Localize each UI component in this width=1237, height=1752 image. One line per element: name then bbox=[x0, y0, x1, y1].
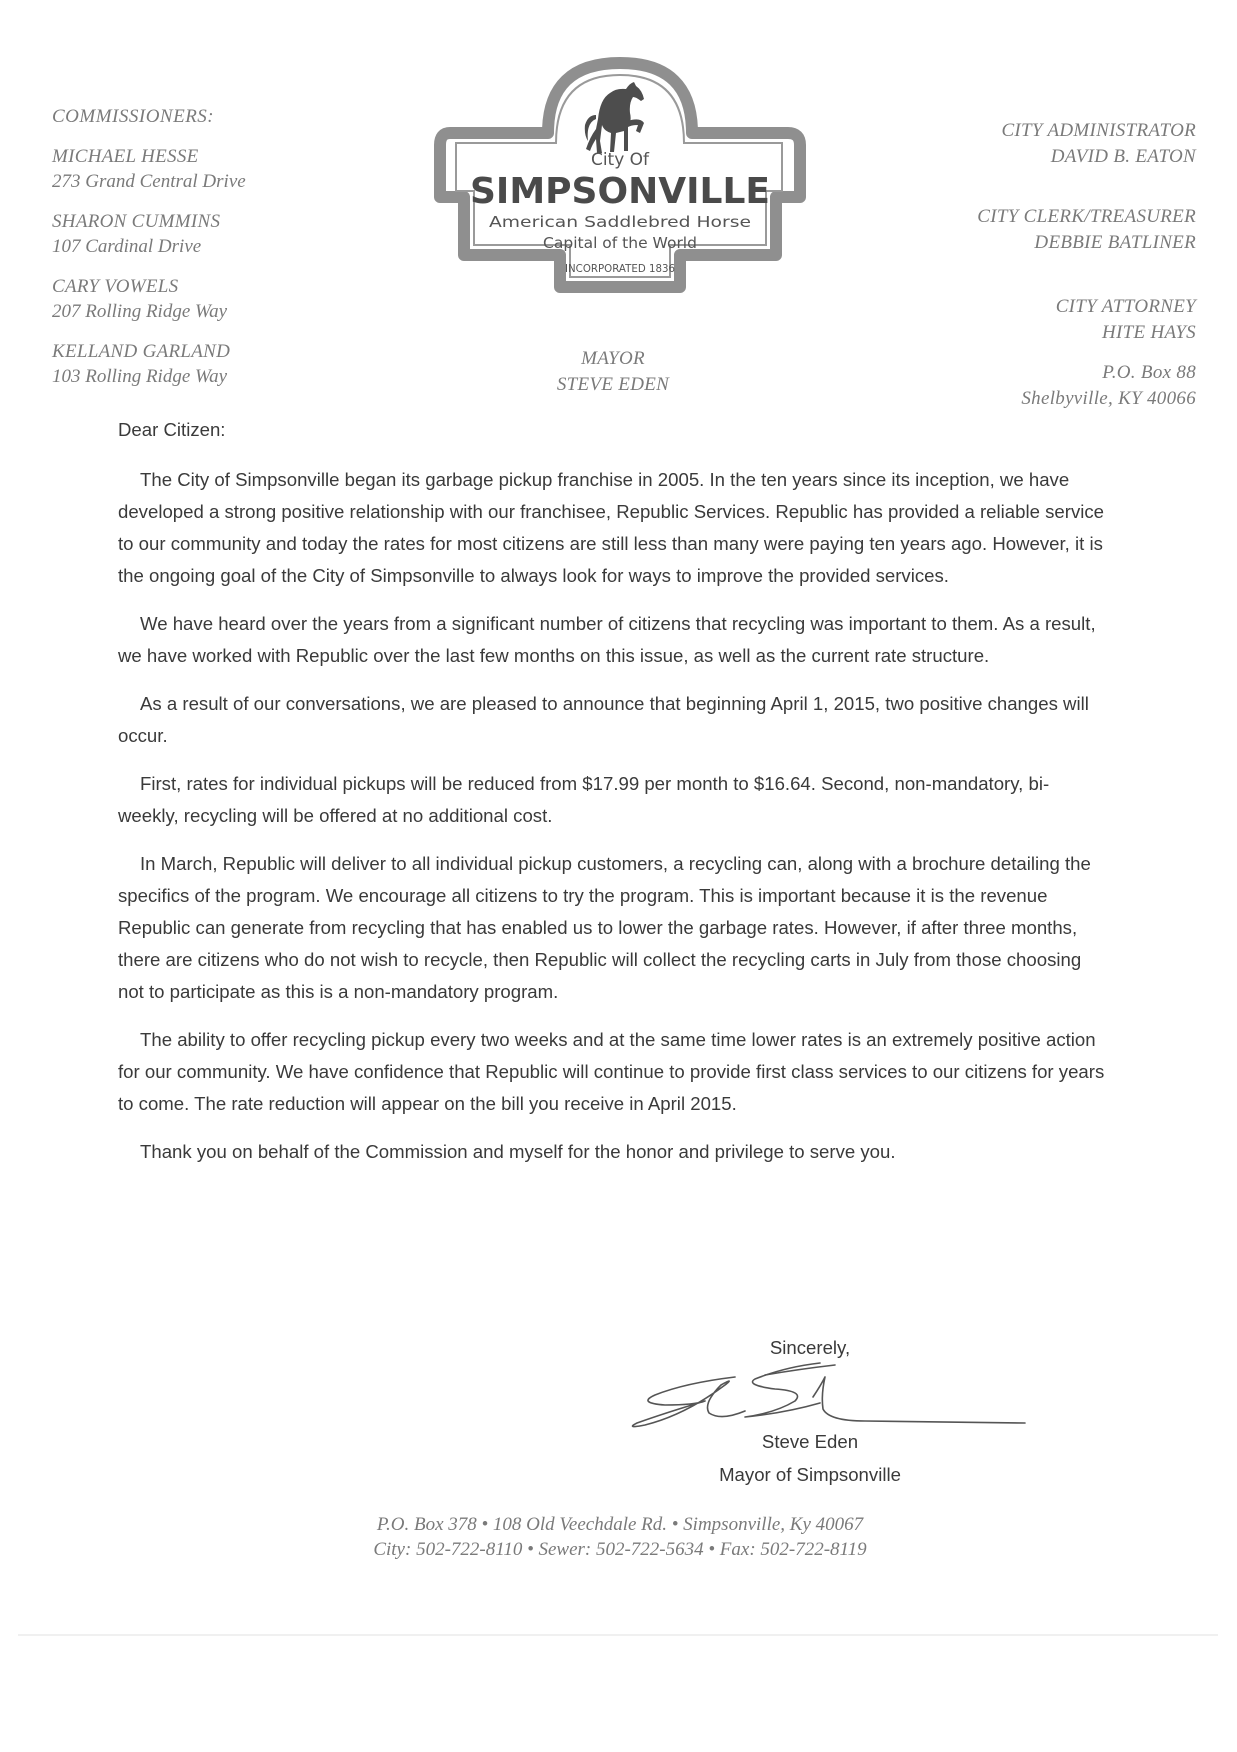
official-entry: CITY CLERK/TREASURER DEBBIE BATLINER bbox=[876, 204, 1196, 256]
salutation: Dear Citizen: bbox=[118, 414, 1108, 446]
commissioner-entry: CARY VOWELS 207 Rolling Ridge Way bbox=[52, 274, 352, 324]
mayor-title: MAYOR bbox=[478, 346, 748, 372]
letter-paragraph: The City of Simpsonville began its garba… bbox=[118, 464, 1108, 592]
letterhead-footer: P.O. Box 378 • 108 Old Veechdale Rd. • S… bbox=[300, 1512, 940, 1562]
commissioner-name: SHARON CUMMINS bbox=[52, 209, 352, 234]
commissioner-address: 207 Rolling Ridge Way bbox=[52, 299, 352, 324]
attorney-address-line2: Shelbyville, KY 40066 bbox=[876, 386, 1196, 412]
signer-name: Steve Eden bbox=[640, 1425, 980, 1458]
attorney-address-line1: P.O. Box 88 bbox=[876, 360, 1196, 386]
official-name: HITE HAYS bbox=[876, 320, 1196, 346]
official-entry: CITY ADMINISTRATOR DAVID B. EATON bbox=[876, 118, 1196, 170]
signature-icon bbox=[625, 1355, 1035, 1435]
official-name: DAVID B. EATON bbox=[876, 144, 1196, 170]
official-title: CITY CLERK/TREASURER bbox=[876, 204, 1196, 230]
commissioner-address: 273 Grand Central Drive bbox=[52, 169, 352, 194]
commissioner-address: 103 Rolling Ridge Way bbox=[52, 364, 352, 389]
official-title: CITY ATTORNEY bbox=[876, 294, 1196, 320]
logo-incorporated: INCORPORATED 1836 bbox=[565, 263, 675, 275]
letter-paragraph: First, rates for individual pickups will… bbox=[118, 768, 1108, 832]
commissioner-entry: SHARON CUMMINS 107 Cardinal Drive bbox=[52, 209, 352, 259]
scan-edge-divider bbox=[18, 1634, 1218, 1636]
commissioners-heading: COMMISSIONERS: bbox=[52, 104, 352, 129]
official-name: DEBBIE BATLINER bbox=[876, 230, 1196, 256]
city-logo: City Of SIMPSONVILLE American Saddlebred… bbox=[430, 55, 810, 325]
logo-tagline-2: Capital of the World bbox=[543, 234, 697, 252]
letter-paragraph: As a result of our conversations, we are… bbox=[118, 688, 1108, 752]
attorney-address: P.O. Box 88 Shelbyville, KY 40066 bbox=[876, 360, 1196, 412]
letter-paragraph: Thank you on behalf of the Commission an… bbox=[118, 1136, 1108, 1168]
commissioner-entry: MICHAEL HESSE 273 Grand Central Drive bbox=[52, 144, 352, 194]
mayor-block: MAYOR STEVE EDEN bbox=[478, 346, 748, 398]
mayor-name: STEVE EDEN bbox=[478, 372, 748, 398]
commissioner-name: CARY VOWELS bbox=[52, 274, 352, 299]
signer-block: Steve Eden Mayor of Simpsonville bbox=[640, 1425, 980, 1491]
letter-paragraph: The ability to offer recycling pickup ev… bbox=[118, 1024, 1108, 1120]
logo-city-of: City Of bbox=[591, 150, 650, 170]
commissioner-entry: KELLAND GARLAND 103 Rolling Ridge Way bbox=[52, 339, 352, 389]
footer-phones: City: 502-722-8110 • Sewer: 502-722-5634… bbox=[300, 1537, 940, 1562]
footer-address: P.O. Box 378 • 108 Old Veechdale Rd. • S… bbox=[300, 1512, 940, 1537]
letter-paragraph: In March, Republic will deliver to all i… bbox=[118, 848, 1108, 1008]
signer-title: Mayor of Simpsonville bbox=[640, 1458, 980, 1491]
commissioner-address: 107 Cardinal Drive bbox=[52, 234, 352, 259]
commissioner-name: KELLAND GARLAND bbox=[52, 339, 352, 364]
letter-body: Dear Citizen: The City of Simpsonville b… bbox=[118, 414, 1108, 1184]
official-entry: CITY ATTORNEY HITE HAYS bbox=[876, 294, 1196, 346]
commissioner-name: MICHAEL HESSE bbox=[52, 144, 352, 169]
officials-list: CITY ADMINISTRATOR DAVID B. EATON CITY C… bbox=[876, 118, 1196, 434]
official-title: CITY ADMINISTRATOR bbox=[876, 118, 1196, 144]
logo-city-name: SIMPSONVILLE bbox=[470, 171, 770, 212]
letter-paragraph: We have heard over the years from a sign… bbox=[118, 608, 1108, 672]
commissioners-list: COMMISSIONERS: MICHAEL HESSE 273 Grand C… bbox=[52, 104, 352, 404]
logo-tagline-1: American Saddlebred Horse bbox=[489, 213, 751, 231]
